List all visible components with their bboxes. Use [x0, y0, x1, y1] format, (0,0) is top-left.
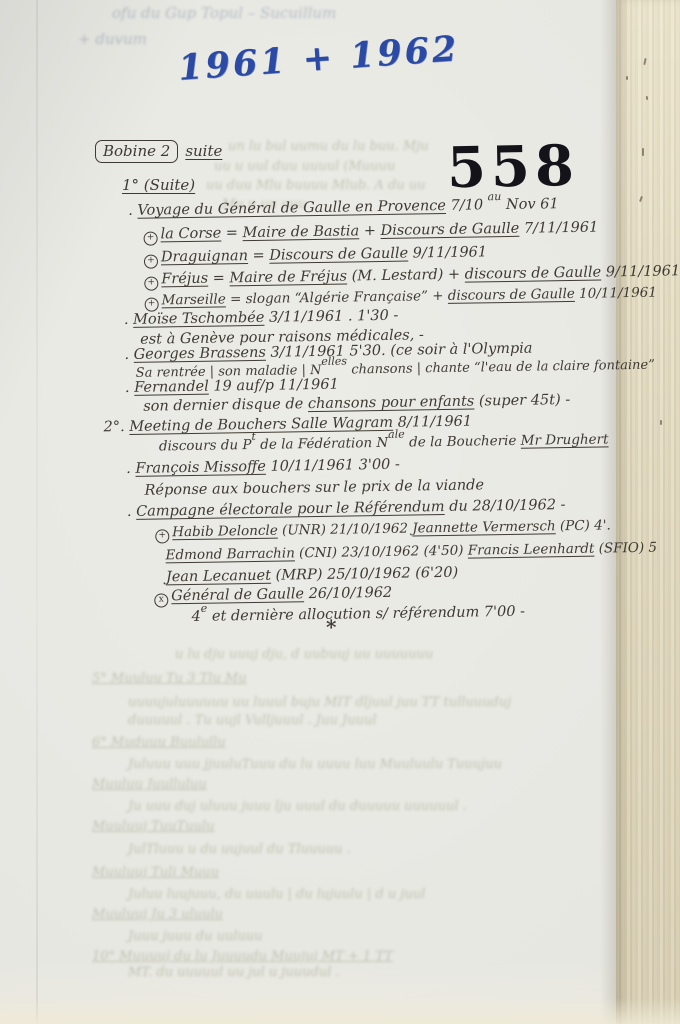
entry-text: la Corse	[160, 225, 221, 242]
entry-line: +Draguignan = Discours de Gaulle 9/11/19…	[144, 245, 487, 268]
entry-text: Discours de Gaulle	[269, 246, 408, 264]
entry-text: (UNR) 21/10/1962	[278, 521, 413, 539]
entry-text: Maire de Bastia	[242, 223, 359, 241]
entry-text: Maire de Fréjus	[229, 269, 347, 287]
entry-text: chansons | chante “l'eau de la claire fo…	[347, 358, 655, 378]
entry-text: 19 auf/p 11/1961	[209, 377, 339, 395]
entry-text: Edmond Barrachin	[165, 545, 294, 563]
photographed-notebook-page: ofu du Gup Topul – Sucuillum+ duvumun lu…	[0, 0, 680, 1024]
entry-text: =	[248, 248, 270, 264]
entry-text: 7/10	[446, 197, 488, 214]
entry-text: Voyage du Général de Gaulle en Provence	[137, 198, 446, 219]
entry-line: +la Corse = Maire de Bastia + Discours d…	[143, 221, 598, 246]
circled-plus-icon: +	[145, 297, 159, 311]
entry-text: Jean Lecanuet	[166, 568, 271, 586]
entry-text: 8/11/1961	[393, 414, 472, 431]
entry-text: 10/11/1961 3'00 -	[266, 457, 400, 475]
entry-text: et dernière allocution s/ référendum 7'0…	[207, 604, 525, 625]
entry-line: son dernier disque de chansons pour enfa…	[143, 393, 570, 414]
entry-text: Marseille	[161, 291, 225, 308]
entry-text: discours du P	[159, 437, 252, 454]
entry-text: t	[251, 430, 256, 443]
entry-text: Georges Brassens	[134, 345, 266, 363]
entry-line: . Moïse Tschombée 3/11/1961 . 1'30 -	[124, 309, 399, 328]
entry-text: 10/11/1961	[575, 285, 657, 302]
entry-line: . Voyage du Général de Gaulle en Provenc…	[128, 197, 559, 218]
entry-text: (M. Lestard) +	[347, 267, 465, 285]
entry-text: (MRP) 25/10/1962 (6'20)	[271, 565, 458, 584]
entry-line: 2°. Meeting de Bouchers Salle Wagram 8/1…	[103, 415, 472, 435]
entry-text: au	[487, 190, 501, 203]
entry-text: Fréjus	[161, 271, 208, 288]
entry-line: Sa rentrée | son maladie | Nelles chanso…	[136, 359, 655, 380]
entry-text: Meeting de Bouchers Salle Wagram	[129, 415, 393, 435]
entry-line: Edmond Barrachin (CNI) 23/10/1962 (4'50)…	[166, 542, 658, 563]
circled-plus-icon: +	[144, 254, 158, 268]
entry-text: =	[208, 270, 230, 286]
entry-text: discours de Gaulle	[448, 286, 575, 304]
entry-text: Fernandel	[134, 379, 209, 396]
entry-text: = slogan “Algérie Française” +	[226, 288, 448, 307]
entry-text: discours de Gaulle	[465, 265, 602, 283]
entry-line: . Campagne électorale pour le Référendum…	[127, 498, 566, 519]
entry-line: Jean Lecanuet (MRP) 25/10/1962 (6'20)	[166, 566, 458, 585]
entry-text: 7/11/1961	[519, 220, 598, 237]
circled-plus-icon: +	[144, 276, 158, 290]
entry-line: +Habib Deloncle (UNR) 21/10/1962 Jeannet…	[155, 519, 611, 543]
entry-text: Habib Deloncle	[172, 523, 278, 541]
entry-text: ale	[388, 428, 405, 441]
entry-text: Moïse Tschombée	[133, 310, 265, 328]
entry-line: . François Missoffe 10/11/1961 3'00 -	[126, 458, 400, 477]
entry-text: Campagne électorale pour le Référendum	[136, 499, 445, 520]
entry-text: de la Fédération N	[256, 435, 389, 453]
entry-text: =	[221, 225, 243, 241]
circled-plus-icon: +	[155, 529, 169, 543]
entry-text: 9/11/1961	[601, 263, 680, 280]
entry-text: Jeannette Vermersch	[412, 518, 556, 536]
entry-text: e	[201, 602, 208, 615]
entry-text: Réponse aux bouchers sur le prix de la v…	[144, 477, 484, 498]
entry-line: discours du Pt de la Fédération Nale de …	[159, 433, 609, 454]
entry-text: 2°.	[103, 419, 129, 435]
asterisk-mark: *	[326, 615, 336, 639]
circled-plus-icon: +	[144, 231, 158, 245]
entry-text: 9/11/1961	[408, 244, 487, 261]
entry-text: (PC) 4'.	[556, 517, 611, 534]
entry-text: Nov 61	[501, 196, 559, 213]
entry-text: son dernier disque de	[143, 396, 308, 415]
entry-text: (SFIO) 5	[594, 540, 657, 557]
entry-line: 4e et dernière allocution s/ référendum …	[191, 605, 525, 625]
circled-x-icon: x	[154, 593, 168, 607]
entry-line: . Fernandel 19 auf/p 11/1961	[125, 378, 339, 396]
entry-text: +	[359, 223, 381, 239]
entry-text: 3/11/1961 5'30. (ce soir à l'Olympia	[266, 341, 533, 361]
entry-text: (super 45t) -	[474, 392, 570, 410]
entry-text: (CNI) 23/10/1962 (4'50)	[295, 543, 468, 562]
entry-text: du 28/10/1962 -	[444, 497, 565, 515]
entry-text: François Missoffe	[135, 459, 266, 477]
entry-text: 26/10/1962	[304, 585, 392, 602]
entry-text: Draguignan	[161, 248, 248, 265]
entry-text: Discours de Gaulle	[380, 221, 519, 239]
entry-line: +Marseille = slogan “Algérie Française” …	[144, 287, 657, 312]
entry-text: Mr Drughert	[521, 431, 609, 448]
entry-text: de la Boucherie	[405, 433, 521, 451]
entry-text: elles	[321, 355, 347, 368]
entry-text: Général de Gaulle	[171, 586, 304, 604]
entry-line: Réponse aux bouchers sur le prix de la v…	[144, 478, 484, 498]
entry-line: xGénéral de Gaulle 26/10/1962	[154, 586, 392, 608]
entry-text: chansons pour enfants	[308, 394, 475, 413]
entry-text: Francis Leenhardt	[468, 541, 595, 559]
entry-text: 3/11/1961 . 1'30 -	[264, 308, 398, 326]
handwritten-entries: . Voyage du Général de Gaulle en Provenc…	[0, 0, 680, 1024]
